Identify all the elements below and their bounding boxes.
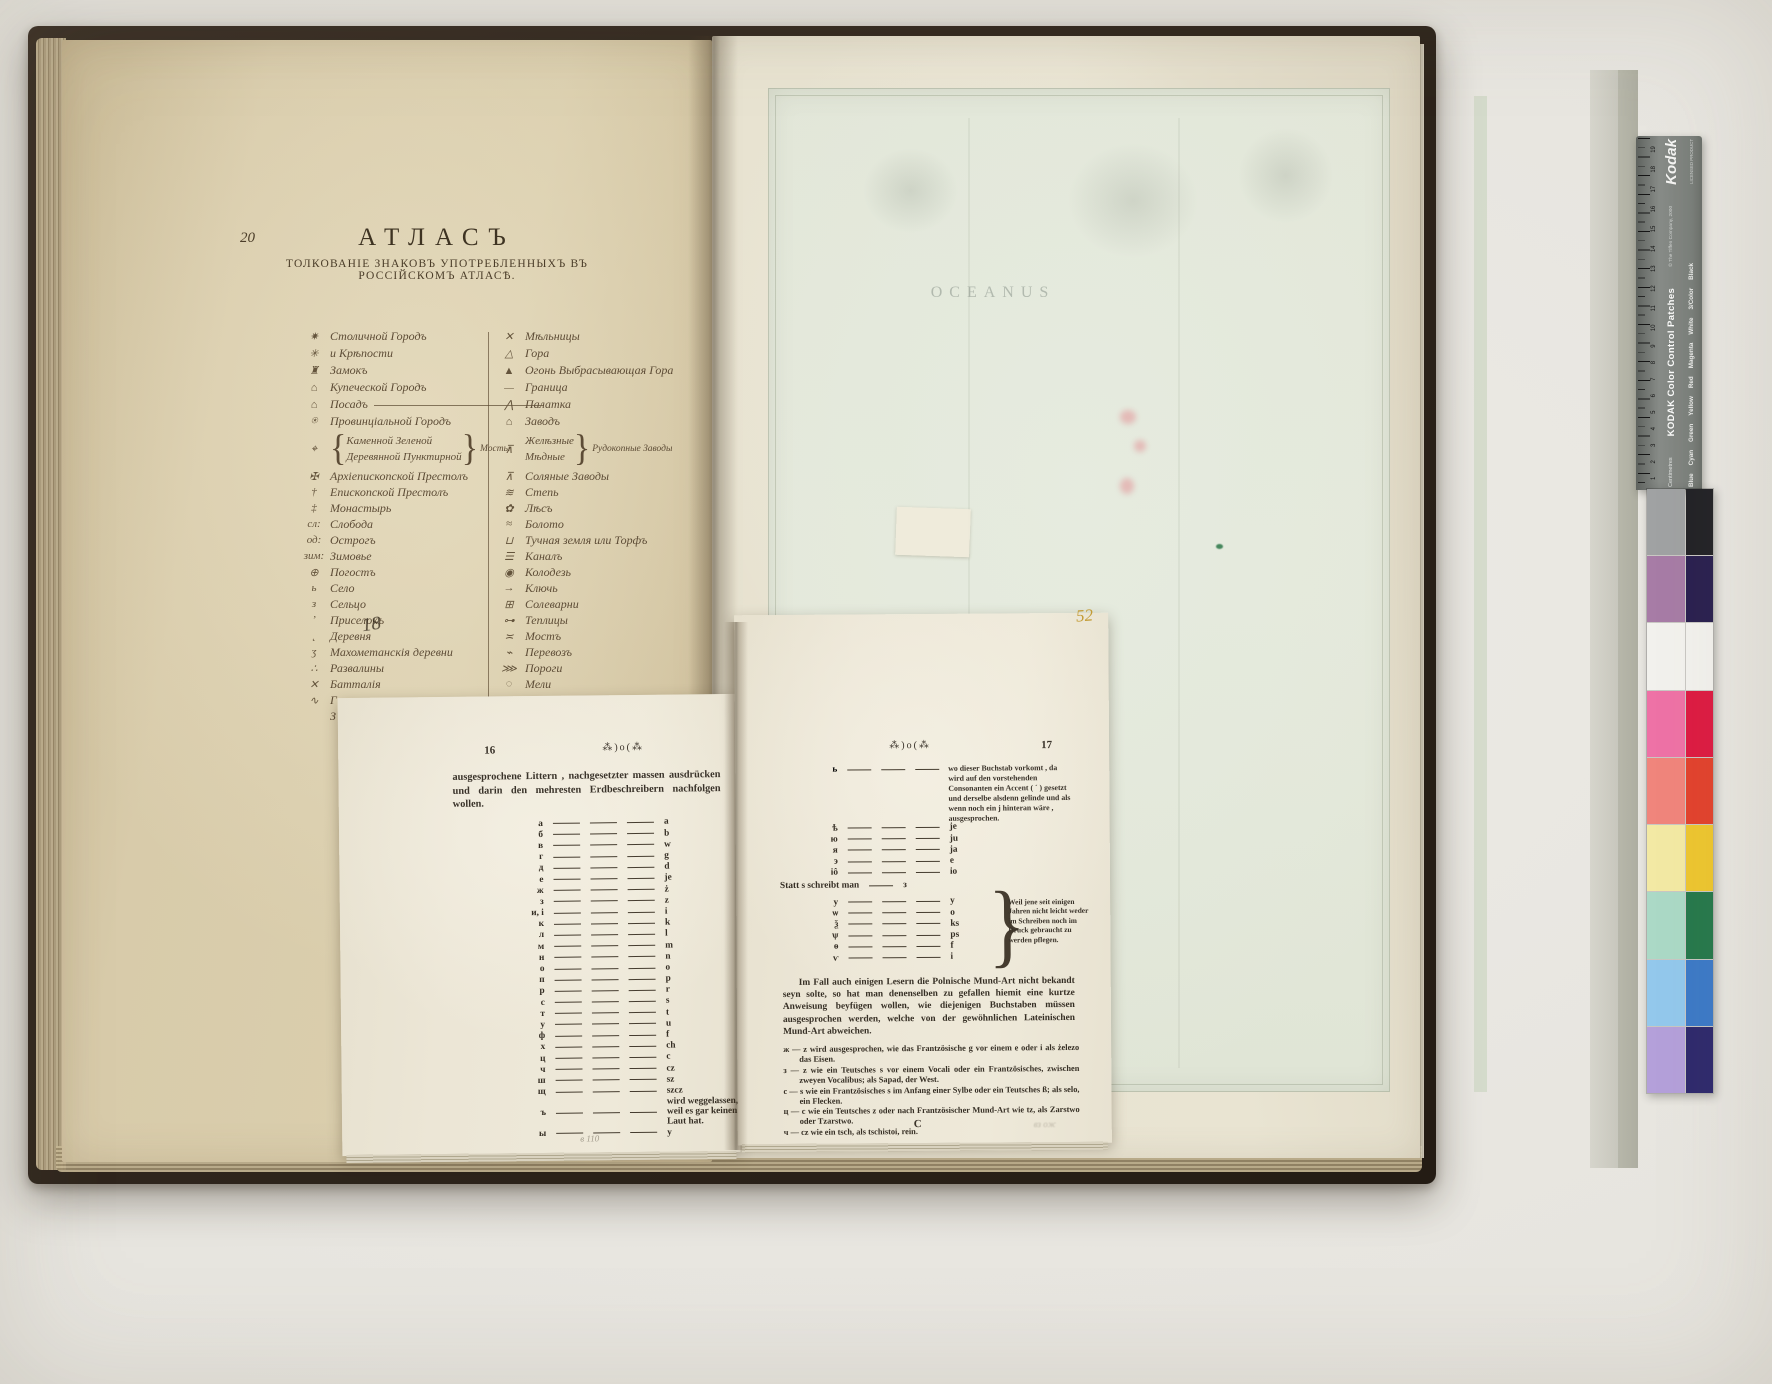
- dash-rule: [916, 901, 940, 902]
- latin-equivalent: l: [665, 929, 668, 939]
- color-label: 3/Color: [1688, 288, 1695, 310]
- legend-label: Колодезь: [525, 565, 571, 580]
- map-pink-stain: [1120, 410, 1136, 424]
- legend-symbol-icon: ⌂: [298, 399, 330, 411]
- legend-item: ʼ Приселокъ: [298, 612, 486, 628]
- ruler-color-labels: BlueCyanGreenYellowRedMagentaWhite3/Colo…: [1682, 136, 1700, 490]
- dash-rule: [554, 923, 581, 924]
- transliteration-row: ѵ i: [821, 952, 960, 964]
- map-fold-line: [1178, 118, 1180, 1068]
- cyrillic-letter: у: [820, 897, 838, 907]
- legend-symbol-icon: од:: [298, 534, 330, 546]
- color-label: Yellow: [1688, 396, 1695, 416]
- cyrillic-letter: ф: [527, 1031, 545, 1041]
- legend-symbol-icon: ✿: [493, 502, 525, 515]
- header-ornament: ⁂)o(⁂: [558, 741, 688, 753]
- legend-label: Соляные Заводы: [525, 469, 609, 484]
- color-patch-saturated: [1686, 691, 1713, 757]
- legend-symbol-icon: ✕: [493, 330, 525, 343]
- dash-rule: [629, 1046, 656, 1047]
- color-label: Blue: [1688, 473, 1695, 487]
- booklet-left-intro: ausgesprochene Littern , nachgesetzter m…: [452, 768, 720, 812]
- legend-symbol-icon: †: [298, 486, 330, 498]
- obsolete-letters-note: Weil jene seit einigen Jahren nicht leic…: [1008, 897, 1096, 945]
- signature-mark: C: [914, 1118, 922, 1130]
- map-sketch-bleedthrough: [1238, 128, 1333, 223]
- legend-label: Гора: [525, 346, 549, 361]
- legend-label: Развалины: [330, 661, 384, 676]
- legend-item: ✳ и Крѣпости: [298, 345, 486, 362]
- pronunciation-text: wie ein tsch, als tschistoi, rein.: [811, 1127, 918, 1137]
- legend-item: ✠ Архіепископской Престолъ: [298, 468, 486, 484]
- legend-label: и Крѣпости: [330, 346, 393, 361]
- legend-item: ≍ Мостъ: [493, 628, 713, 644]
- color-patch-saturated: [1686, 556, 1713, 622]
- color-label-list: BlueCyanGreenYellowRedMagentaWhite3/Colo…: [1688, 263, 1695, 487]
- legend-item: ≋ Степь: [493, 484, 713, 500]
- legend-item: ◌ Мели: [493, 676, 713, 692]
- ruler-numbers: 12345678910111213141516171819: [1649, 138, 1658, 488]
- cyrillic-letter: ѯ: [820, 920, 838, 930]
- dash-rule: [591, 889, 618, 890]
- latin-equivalent: f: [666, 1030, 669, 1040]
- dash-rule: [555, 1002, 582, 1003]
- map-sketch-bleedthrough: [863, 148, 958, 233]
- legend-label: Перевозъ: [525, 645, 572, 660]
- legend-symbol-icon: ⌂: [493, 416, 525, 428]
- brace-lines: Каменной Зеленой Деревянной Пунктирной: [346, 433, 461, 466]
- latin-equivalent: w: [664, 839, 671, 849]
- legend-label: Огонь Выбрасывающая Гора: [525, 363, 673, 378]
- color-patch-light: [1647, 556, 1685, 622]
- map-sheet-edge: [1474, 96, 1487, 1092]
- legend-symbol-icon: ◌: [493, 678, 525, 690]
- legend-label: Граница: [525, 380, 568, 395]
- dash-rule: [592, 1012, 619, 1013]
- legend-item: ♜ Замокъ: [298, 362, 486, 379]
- legend-column-right: ✕ Мѣльницы △ Гора ▲ Огонь Выбрасывающая …: [493, 328, 713, 724]
- dash-rule: [591, 912, 618, 913]
- dash-rule: [553, 867, 580, 868]
- statt-value: з: [903, 880, 907, 890]
- cyrillic-letter: ъ: [528, 1108, 546, 1118]
- legend-item: ь Село: [298, 580, 486, 596]
- transliteration-row: ѣ je: [820, 822, 958, 834]
- dash-rule: [848, 924, 872, 925]
- dash-rule: [555, 1058, 582, 1059]
- legend-symbol-icon: ⌁: [493, 646, 525, 659]
- brace-open-icon: {: [330, 430, 346, 467]
- cyrillic-letter: ь: [819, 765, 837, 825]
- legend-symbol-icon: зим:: [298, 550, 330, 562]
- dash-rule: [592, 1046, 619, 1047]
- dash-rule: [554, 912, 581, 913]
- dash-rule: [591, 923, 618, 924]
- latin-equivalent: i: [665, 907, 668, 917]
- color-patch-light: [1647, 892, 1685, 958]
- ruler-number: 16: [1651, 206, 1657, 213]
- color-patch-saturated: [1686, 758, 1713, 824]
- legend-label: Острогъ: [330, 533, 376, 548]
- cyrillic-letter: ѣ: [820, 823, 838, 833]
- soft-sign-entry: ь wo dieser Buchstab vorkomt , da wird a…: [819, 763, 1070, 825]
- legend-label: Монастырь: [330, 501, 391, 516]
- pronunciation-item: ж — z wird ausgesprochen, wie das Frantz…: [783, 1043, 1079, 1065]
- dash-rule: [628, 878, 655, 879]
- cyrillic-letter: ѳ: [820, 942, 838, 952]
- latin-equivalent: je: [950, 822, 957, 832]
- legend-label: Заводъ: [525, 414, 560, 429]
- pronunciation-text: wie ein Frantzösisches s im Anfang einer…: [800, 1085, 1080, 1106]
- legend-brace-group: ⌖ { Каменной Зеленой Деревянной Пунктирн…: [298, 430, 486, 468]
- brace-label: Рудокопные Заводы: [592, 444, 672, 454]
- licensed-product-label: LICENSED PRODUCT: [1689, 139, 1694, 184]
- handwritten-number: 52: [1075, 605, 1093, 626]
- legend-symbol-icon: ⊕: [298, 566, 330, 579]
- legend-label: Епископской Престолъ: [330, 485, 448, 500]
- cyrillic-letter: ѱ: [820, 931, 838, 941]
- dash-rule: [630, 1111, 657, 1112]
- map-pink-stain: [1134, 440, 1146, 452]
- dash-rule: [591, 945, 618, 946]
- backing-board-edge: [1618, 70, 1638, 1168]
- cyrillic-letter: ш: [528, 1076, 546, 1086]
- dash-rule: [627, 855, 654, 856]
- legend-symbol-icon: ⍟: [298, 415, 330, 428]
- legend-label: Мѣльницы: [525, 329, 580, 344]
- dash-rule: [629, 990, 656, 991]
- latin-equivalent: t: [666, 1007, 669, 1017]
- legend-label: Сельцо: [330, 597, 366, 612]
- booklet-gutter-shadow: [724, 622, 748, 1150]
- color-patch-saturated: [1686, 489, 1713, 555]
- booklet-right-page-number: 17: [1041, 739, 1052, 751]
- dash-rule: [591, 934, 618, 935]
- dash-rule: [628, 934, 655, 935]
- dash-rule: [848, 872, 872, 873]
- legend-item: → Ключь: [493, 580, 713, 596]
- legend-symbol-icon: ☰: [493, 550, 525, 563]
- kodak-title: KODAK Color Control Patches: [1666, 288, 1677, 437]
- brace-line: Деревянной Пунктирной: [346, 449, 461, 466]
- dash-rule: [882, 861, 906, 862]
- dash-rule: [554, 946, 581, 947]
- dash-rule: [848, 913, 872, 914]
- dash-rule: [916, 912, 940, 913]
- legend-label: Замокъ: [330, 363, 367, 378]
- dash-rule: [881, 769, 905, 770]
- cyrillic-letter: в: [525, 841, 543, 851]
- dash-rule: [869, 885, 893, 886]
- transliteration-row: э e: [820, 855, 958, 867]
- latin-equivalent: y: [667, 1127, 672, 1137]
- latin-equivalent: s: [800, 1086, 803, 1095]
- ruler-number: 3: [1651, 444, 1657, 447]
- dash-rule: [556, 1133, 583, 1134]
- latin-equivalent: i: [951, 952, 954, 962]
- legend-item: ⌂ Купеческой Городъ: [298, 379, 486, 396]
- ruler-number: 12: [1651, 285, 1657, 292]
- legend-symbol-icon: ≍: [493, 630, 525, 643]
- dash-rule: [554, 879, 581, 880]
- dash-rule: [848, 861, 872, 862]
- legend-right-top: ✕ Мѣльницы △ Гора ▲ Огонь Выбрасывающая …: [493, 328, 713, 430]
- legend-symbol-icon: сл:: [298, 518, 330, 530]
- kodak-logo: Kodak: [1663, 139, 1680, 185]
- brace-line: Каменной Зеленой: [346, 433, 461, 450]
- latin-equivalent: z: [803, 1045, 807, 1054]
- ruler-number: 6: [1651, 394, 1657, 397]
- photo-of-open-atlas: 20 АТЛАСЪ ТОЛКОВАНІЕ ЗНАКОВЪ УПОТРЕБЛЕНН…: [0, 0, 1772, 1384]
- kodak-ruler: 12345678910111213141516171819 Centimetre…: [1636, 136, 1702, 490]
- legend-item: ‡ Монастырь: [298, 500, 486, 516]
- dash-rule: [627, 833, 654, 834]
- legend-symbol-icon: ⌖: [298, 443, 330, 456]
- dash: —: [787, 1086, 800, 1095]
- legend-symbol-icon: ✳: [298, 347, 330, 360]
- dash-rule: [848, 839, 872, 840]
- color-patch-saturated: [1686, 960, 1713, 1026]
- dash-rule: [555, 1013, 582, 1014]
- legend-item: ✷ Столичной Городъ: [298, 328, 486, 345]
- legend-symbol-icon: ◉: [493, 566, 525, 579]
- ruler-number: 8: [1651, 361, 1657, 364]
- ruler-number: 9: [1651, 344, 1657, 347]
- dash-rule: [630, 1079, 657, 1080]
- dash-rule: [590, 822, 617, 823]
- legend-symbol-icon: з: [298, 598, 330, 610]
- legend-item: ⊼ Соляные Заводы: [493, 468, 713, 484]
- map-pink-stain: [1120, 478, 1134, 494]
- legend-symbol-icon: ⊔: [493, 534, 525, 547]
- legend-symbol-icon: ‡: [298, 502, 330, 514]
- legend-symbol-icon: ⊞: [493, 598, 525, 611]
- latin-equivalent: m: [665, 940, 673, 950]
- legend-left-top: ✷ Столичной Городъ ✳ и Крѣпости ♜ Замокъ: [298, 328, 486, 430]
- centimetres-label: Centimetres: [1668, 457, 1674, 487]
- legend-column-left: ✷ Столичной Городъ ✳ и Крѣпости ♜ Замокъ: [298, 328, 486, 724]
- latin-equivalent: o: [950, 907, 955, 917]
- dash-rule: [593, 1091, 620, 1092]
- legend-label: Степь: [525, 485, 559, 500]
- dash-rule: [592, 1057, 619, 1058]
- brace-line: Желѣзные: [525, 433, 574, 450]
- legend-label: Село: [330, 581, 355, 596]
- legend-right-bottom: ⊼ Соляные Заводы ≋ Степь ✿ Лѣсъ: [493, 468, 713, 692]
- dash-rule: [630, 1132, 657, 1133]
- legend-label: Погостъ: [330, 565, 376, 580]
- legend-item: ⊕ Погостъ: [298, 564, 486, 580]
- legend-symbol-icon: ⊶: [493, 614, 525, 627]
- dash-rule: [627, 822, 654, 823]
- cyrillic-letter: я: [820, 846, 838, 856]
- cyrillic-letter: ѵ: [821, 953, 839, 963]
- dash-rule: [916, 923, 940, 924]
- brace-close-icon: }: [574, 430, 590, 467]
- dash-rule: [629, 979, 656, 980]
- dash-rule: [916, 946, 940, 947]
- legend-item: ☰ Каналъ: [493, 548, 713, 564]
- legend-symbol-icon: ▲: [493, 365, 525, 377]
- dash: —: [787, 1066, 803, 1075]
- dash-rule: [882, 850, 906, 851]
- dash-rule: [556, 1091, 583, 1092]
- legend-left-bottom: ✠ Архіепископской Престолъ † Епископской…: [298, 468, 486, 724]
- dash-rule: [591, 878, 618, 879]
- cyrillic-letter: ц: [527, 1053, 545, 1063]
- statt-row: Statt ѕ schreibt man з: [780, 880, 907, 891]
- dash-rule: [590, 833, 617, 834]
- legend-item: ✕ Мѣльницы: [493, 328, 713, 345]
- dash-rule: [630, 1090, 657, 1091]
- latin-equivalent: o: [665, 963, 670, 973]
- dash-rule: [554, 957, 581, 958]
- transliteration-row: ы y: [528, 1126, 740, 1139]
- pronunciation-text: wie ein Teutsches s vor einem Vocali ode…: [799, 1064, 1079, 1085]
- ruler-number: 17: [1651, 186, 1657, 193]
- ruler-number: 10: [1651, 325, 1657, 332]
- dash-rule: [629, 1034, 656, 1035]
- dash-rule: [553, 856, 580, 857]
- dash-rule: [555, 1046, 582, 1047]
- dash-rule: [915, 769, 939, 770]
- dash-rule: [882, 827, 906, 828]
- cyrillic-letter: и, і: [526, 908, 544, 918]
- dash: —: [788, 1128, 801, 1137]
- dash-rule: [556, 1112, 583, 1113]
- legend-symbol-icon: ≈: [493, 518, 525, 530]
- color-patch-saturated: [1686, 825, 1713, 891]
- booklet-right-page: ⁂)o(⁂ 17 ь wo dieser Buchstab vorkomt , …: [734, 613, 1112, 1146]
- dash-rule: [593, 1112, 620, 1113]
- cyrillic-letter: с: [527, 998, 545, 1008]
- legend-label: Ключь: [525, 581, 558, 596]
- dash-rule: [916, 827, 940, 828]
- cyrillic-letter: к: [526, 919, 544, 929]
- cyrillic-letter: ж: [526, 886, 544, 896]
- legend-item: ⊔ Тучная земля или Торфъ: [493, 532, 713, 548]
- cyrillic-letter: б: [525, 830, 543, 840]
- cyrillic-letter: у: [527, 1020, 545, 1030]
- legend-symbol-icon: ∴: [298, 662, 330, 675]
- dash-rule: [554, 935, 581, 936]
- dash-rule: [882, 912, 906, 913]
- transliteration-row: іô io: [820, 867, 958, 879]
- dash: —: [788, 1107, 801, 1116]
- legend-item: ≈ Болото: [493, 516, 713, 532]
- dash-rule: [553, 845, 580, 846]
- dash-rule: [916, 872, 940, 873]
- dash-rule: [848, 827, 872, 828]
- brace-line: Мѣдные: [525, 449, 574, 466]
- color-patch-saturated: [1686, 1027, 1713, 1093]
- dash-rule: [628, 923, 655, 924]
- latin-equivalent: c: [802, 1107, 806, 1116]
- legend-label: Пороги: [525, 661, 562, 676]
- cyrillic-letter: э: [820, 857, 838, 867]
- legend-label: Провинціальной Городъ: [330, 414, 451, 429]
- transliteration-table: а a б b в: [525, 816, 740, 1140]
- dash-rule: [554, 968, 581, 969]
- dash-rule: [555, 1035, 582, 1036]
- legend-label: Теплицы: [525, 613, 568, 628]
- latin-equivalent: y: [950, 896, 955, 906]
- legend-item: ✕ Батталія: [298, 676, 486, 692]
- dash-rule: [628, 945, 655, 946]
- dash-rule: [555, 979, 582, 980]
- ruler-number: 2: [1651, 460, 1657, 463]
- cyrillic-letter: ч: [527, 1065, 545, 1075]
- legend-symbol-icon: ✷: [298, 330, 330, 343]
- latin-equivalent: r: [666, 985, 670, 995]
- ruler-number: 13: [1651, 265, 1657, 272]
- dash-rule: [882, 838, 906, 839]
- dash-rule: [917, 957, 941, 958]
- legend-item: ⋀ Палатка: [493, 396, 713, 413]
- kodak-color-patches: [1646, 488, 1714, 1094]
- repair-tape: [895, 507, 971, 558]
- legend-label: Батталія: [330, 677, 381, 692]
- cyrillic-letter: п: [527, 975, 545, 985]
- dash-rule: [592, 1035, 619, 1036]
- legend-item: ⊶ Теплицы: [493, 612, 713, 628]
- dash-rule: [593, 1080, 620, 1081]
- dash-rule: [629, 1001, 656, 1002]
- dash-rule: [629, 1057, 656, 1058]
- color-patch-saturated: [1686, 892, 1713, 958]
- latin-equivalent: z: [665, 895, 669, 905]
- legend-item: ◉ Колодезь: [493, 564, 713, 580]
- legend-item: ʒ Махометанскія деревни: [298, 644, 486, 660]
- dash-rule: [629, 1012, 656, 1013]
- latin-equivalent: d: [664, 862, 669, 872]
- legend-symbol-icon: ♜: [298, 364, 330, 377]
- latin-equivalent: cz: [666, 1063, 674, 1073]
- map-symbol-legend: ✷ Столичной Городъ ✳ и Крѣпости ♜ Замокъ: [298, 328, 718, 724]
- latin-equivalent: g: [664, 851, 669, 861]
- color-patch-light: [1647, 825, 1685, 891]
- legend-item: ⌂ Посадъ: [298, 396, 486, 413]
- legend-label: Палатка: [525, 397, 571, 412]
- latin-equivalent: k: [665, 918, 670, 928]
- legend-item: ˛ Деревня: [298, 628, 486, 644]
- legend-label: Каналъ: [525, 549, 562, 564]
- latin-equivalent: u: [666, 1018, 671, 1028]
- atlas-title: АТЛАСЪ: [287, 224, 587, 252]
- color-label: Cyan: [1688, 450, 1695, 465]
- legend-symbol-icon: ∿: [298, 694, 330, 707]
- ruler-number: 1: [1651, 477, 1657, 480]
- latin-equivalent: ż: [665, 884, 669, 894]
- color-label: White: [1688, 318, 1695, 335]
- statt-label: Statt ѕ schreibt man: [780, 880, 859, 891]
- legend-symbol-icon: ⌂: [298, 382, 330, 394]
- cyrillic-letter: з: [526, 897, 544, 907]
- pronunciation-item: з — z wie ein Teutsches s vor einem Voca…: [783, 1064, 1079, 1086]
- legend-symbol-icon: ь: [298, 582, 330, 594]
- legend-label: Болото: [525, 517, 564, 532]
- cyrillic-letter: щ: [528, 1087, 546, 1097]
- dash-rule: [591, 957, 618, 958]
- map-green-mark: [1216, 544, 1223, 549]
- legend-item: ∴ Развалины: [298, 660, 486, 676]
- legend-symbol-icon: ʒ: [298, 646, 330, 658]
- legend-item: ⊞ Солеварни: [493, 596, 713, 612]
- legend-symbol-icon: ⋙: [493, 662, 525, 675]
- cyrillic-letter: т: [527, 1009, 545, 1019]
- dash-rule: [848, 850, 872, 851]
- cyrillic-letter: а: [525, 819, 543, 829]
